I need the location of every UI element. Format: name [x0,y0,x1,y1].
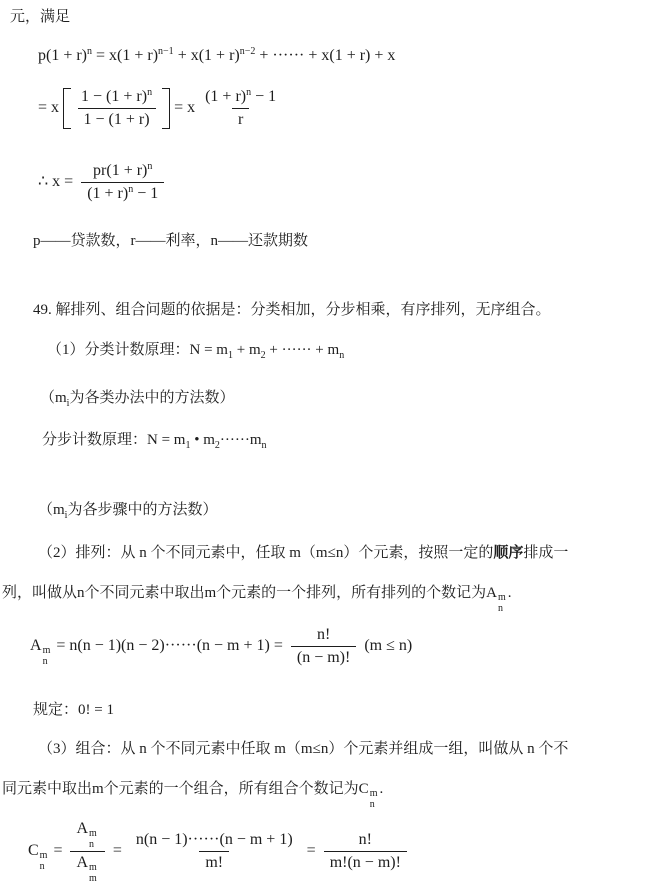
f2-lead: = x [38,99,59,116]
f3-den-exp: n [128,184,133,195]
i2-l2-sub: n [498,603,503,614]
f1-term3: + x(1 + r) [174,47,240,64]
p2-b: • m [190,432,214,448]
i2-l1-bold: 顺序 [493,545,523,561]
C-n-m-notation: mn [370,788,378,810]
fC-fr1-num-sym: A [76,820,88,837]
i3-l1: （3）组合：从 n 个不同元素中任取 m（m≤n）个元素并组成一组，叫做从 n … [38,741,568,757]
f2-fraction1: 1 − (1 + r)n1 − (1 + r) [75,86,158,131]
note-mi-steps: （mi为各步骤中的方法数） [38,501,217,521]
f2-fr1-num: 1 − (1 + r)n [75,86,158,108]
p2-sub2: 2 [215,440,220,451]
permutation-def-line-1: （2）排列：从 n 个不同元素中，任取 m（m≤n）个元素，按照一定的顺序排成一 [38,544,568,564]
f3-lead: ∴ x = [38,173,77,190]
f2-fr2-den: r [232,108,249,131]
fC-fr1-den-supsub: mm [89,862,97,884]
f2-fr2-num: (1 + r)n − 1 [199,86,282,108]
fC-fraction3: n!m!(n − m)! [324,829,407,874]
fC-fr1-den: Amm [70,851,104,885]
i3-l2b: . [379,781,383,797]
classification-principle-label: （1）分类计数原理： [47,342,190,358]
f3-fraction: pr(1 + r)n(1 + r)n − 1 [81,160,164,205]
i2-l2b: . [508,585,512,601]
monthly-payment-formula: ∴ x = pr(1 + r)n(1 + r)n − 1 [38,160,168,205]
right-bracket [162,88,170,129]
f2-fr2-num-base: (1 + r) [205,88,246,105]
f2-brackets: 1 − (1 + r)n1 − (1 + r) [63,86,170,131]
loan-sum-formula: = x1 − (1 + r)n1 − (1 + r)= x(1 + r)n − … [38,86,286,131]
f3-den-base: (1 + r) [87,185,128,202]
step-principle-label: 分步计数原理： [42,432,147,448]
f2-fr1-den: 1 − (1 + r) [78,108,156,131]
permutation-def-line-2: 列，叫做从n个不同元素中取出m个元素的一个排列，所有排列的个数记为Amn. [2,584,512,614]
p1-sub1: 1 [228,350,233,361]
p2-sub1: 1 [185,440,190,451]
note2-b: 为各步骤中的方法数） [67,502,217,518]
combination-def-line-2: 同元素中取出m个元素的一个组合，所有组合个数记为Cmn. [2,780,383,810]
classification-principle-line: （1）分类计数原理：N = m1 + m2 + ······ + mn [47,341,344,361]
variable-legend: p——贷款数，r——利率，n——还款期数 [33,232,308,252]
fC-eq2: = [109,842,126,859]
note1-b: 为各类办法中的方法数） [69,390,234,406]
fA-sub: n [43,656,48,667]
i3-l2-sub: n [370,799,375,810]
zero-factorial-rule: 规定：0! = 1 [33,701,114,721]
p1-sub3: n [339,350,344,361]
combination-count-formula: Cmn = AmnAmm = n(n − 1)······(n − m + 1)… [28,818,411,885]
f1-exp2: n−1 [158,46,174,57]
p1-sub2: 2 [261,350,266,361]
note1-a: （m [40,390,67,406]
i2-l1b: 排成一 [523,545,568,561]
f1-exp3: n−2 [240,46,256,57]
fC-sub: n [40,861,45,872]
fC-fr1-den-sub: m [89,873,97,884]
f3-den-tail: − 1 [133,185,158,202]
i3-l2-sup: m [370,788,378,799]
f1-exp1: n [87,46,92,57]
fC-fr3-den: m!(n − m)! [324,851,407,874]
fC-fraction2: n(n − 1)······(n − m + 1)m! [130,829,299,874]
fC-fr1-num-sub: n [89,839,94,850]
p2-a: N = m [147,432,185,448]
section-49-heading: 49. 解排列、组合问题的依据是：分类相加，分步相乘，有序排列，无序组合。 [33,301,551,321]
p2-c: ······m [220,432,262,448]
p2-sub3: n [262,440,267,451]
fC-fraction1: AmnAmm [70,818,104,885]
fC-fr1-num-supsub: mn [89,828,97,850]
f1-term2: = x(1 + r) [92,47,158,64]
combination-def-line-1: （3）组合：从 n 个不同元素中任取 m（m≤n）个元素并组成一组，叫做从 n … [38,740,568,760]
f2-fr1-num-exp: n [147,87,152,98]
fC-eq3: = [303,842,320,859]
fC-sup: m [40,850,48,861]
f3-num-exp: n [147,161,152,172]
section-49-heading-text: 49. 解排列、组合问题的依据是：分类相加，分步相乘，有序排列，无序组合。 [33,302,551,318]
fC-fr1-den-sym: A [76,854,88,871]
p1-c: + ······ + m [266,342,340,358]
i2-l2-sup: m [498,592,506,603]
fA-supsub: mn [43,645,51,667]
fA-sup: m [43,645,51,656]
f1-term4: + ······ + x(1 + r) + x [255,47,395,64]
note2-a: （m [38,502,65,518]
zero-factorial-rule-text: 规定：0! = 1 [33,702,114,718]
fC-fr1-num-sup: m [89,828,97,839]
f1-term1: p(1 + r) [38,47,87,64]
document-page: 元，满足 p(1 + r)n = x(1 + r)n−1 + x(1 + r)n… [0,0,662,891]
f3-num-base: pr(1 + r) [93,162,147,179]
fC-eq1: = [49,842,66,859]
f3-den: (1 + r)n − 1 [81,182,164,205]
f2-mid: = x [174,99,195,116]
fC-supsub: mn [40,850,48,872]
step-principle-line: 分步计数原理：N = m1 • m2······mn [42,431,267,451]
fA-condition: (m ≤ n) [360,637,412,654]
fA-body: = n(n − 1)(n − 2)······(n − m + 1) = [52,637,287,654]
fA-den: (n − m)! [291,646,356,669]
variable-legend-text: p——贷款数，r——利率，n——还款期数 [33,233,308,249]
i2-l2a: 列，叫做从n个不同元素中取出m个元素的一个排列，所有排列的个数记为A [2,585,497,601]
fA-num: n! [311,624,336,646]
fC-fr3-num: n! [353,829,378,851]
loan-recurrence-formula: p(1 + r)n = x(1 + r)n−1 + x(1 + r)n−2 + … [38,46,395,67]
fA-fraction: n!(n − m)! [291,624,356,669]
f2-fr1-num-base: 1 − (1 + r) [81,88,147,105]
p1-b: + m [233,342,261,358]
i3-l2a: 同元素中取出m个元素的一个组合，所有组合个数记为C [2,781,369,797]
intro-text: 元，满足 [10,8,70,28]
f2-fraction2: (1 + r)n − 1r [199,86,282,131]
intro-label: 元，满足 [10,9,70,25]
fC-fr1-den-sup: m [89,862,97,873]
A-n-m-notation: mn [498,592,506,614]
f3-num: pr(1 + r)n [87,160,158,182]
permutation-count-formula: Amn = n(n − 1)(n − 2)······(n − m + 1) =… [30,624,412,669]
fA-symbol: A [30,637,42,654]
left-bracket [63,88,71,129]
fC-fr2-num: n(n − 1)······(n − m + 1) [130,829,299,851]
i2-l1a: （2）排列：从 n 个不同元素中，任取 m（m≤n）个元素，按照一定的 [38,545,493,561]
fC-symbol: C [28,842,39,859]
f2-fr2-num-tail: − 1 [251,88,276,105]
p1-a: N = m [190,342,228,358]
f2-fr2-num-exp: n [246,87,251,98]
note-mi-methods: （mi为各类办法中的方法数） [40,389,234,409]
fC-fr2-den: m! [199,851,229,874]
fC-fr1-num: Amn [70,818,104,851]
